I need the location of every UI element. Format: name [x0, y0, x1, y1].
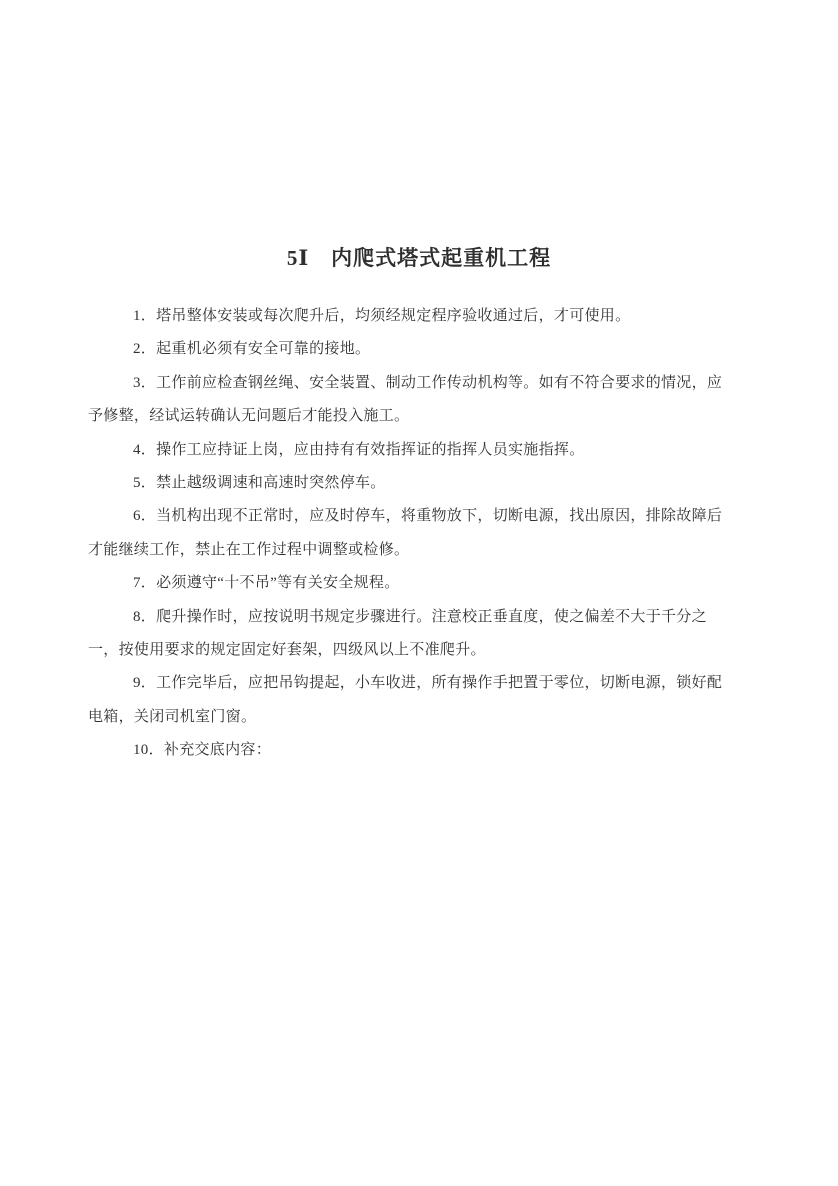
numbered-paragraph-3: 3．工作前应检查钢丝绳、安全装置、制动工作传动机构等。如有不符合要求的情况，应予…: [88, 367, 724, 434]
numbered-paragraph-2: 2．起重机必须有安全可靠的接地。: [88, 333, 724, 366]
document-body: 1．塔吊整体安装或每次爬升后，均须经规定程序验收通过后，才可使用。 2．起重机必…: [88, 300, 724, 768]
numbered-paragraph-8: 8．爬升操作时，应按说明书规定步骤进行。注意校正垂直度，使之偏差不大于千分之一，…: [88, 601, 724, 668]
document-page: 5Ⅰ内爬式塔式起重机工程 1．塔吊整体安装或每次爬升后，均须经规定程序验收通过后…: [0, 0, 838, 1186]
numbered-paragraph-5: 5．禁止越级调速和高速时突然停车。: [88, 467, 724, 500]
numbered-paragraph-7: 7．必须遵守“十不吊”等有关安全规程。: [88, 567, 724, 600]
numbered-paragraph-1: 1．塔吊整体安装或每次爬升后，均须经规定程序验收通过后，才可使用。: [88, 300, 724, 333]
document-title: 5Ⅰ内爬式塔式起重机工程: [0, 0, 838, 275]
numbered-paragraph-4: 4．操作工应持证上岗，应由持有有效指挥证的指挥人员实施指挥。: [88, 434, 724, 467]
title-section-number: 5Ⅰ: [287, 242, 309, 275]
numbered-paragraph-6: 6．当机构出现不正常时，应及时停车，将重物放下，切断电源，找出原因，排除故障后才…: [88, 500, 724, 567]
title-text: 内爬式塔式起重机工程: [331, 246, 551, 270]
numbered-paragraph-9: 9．工作完毕后，应把吊钩提起，小车收进，所有操作手把置于零位，切断电源，锁好配电…: [88, 667, 724, 734]
numbered-paragraph-10: 10．补充交底内容：: [88, 734, 724, 767]
